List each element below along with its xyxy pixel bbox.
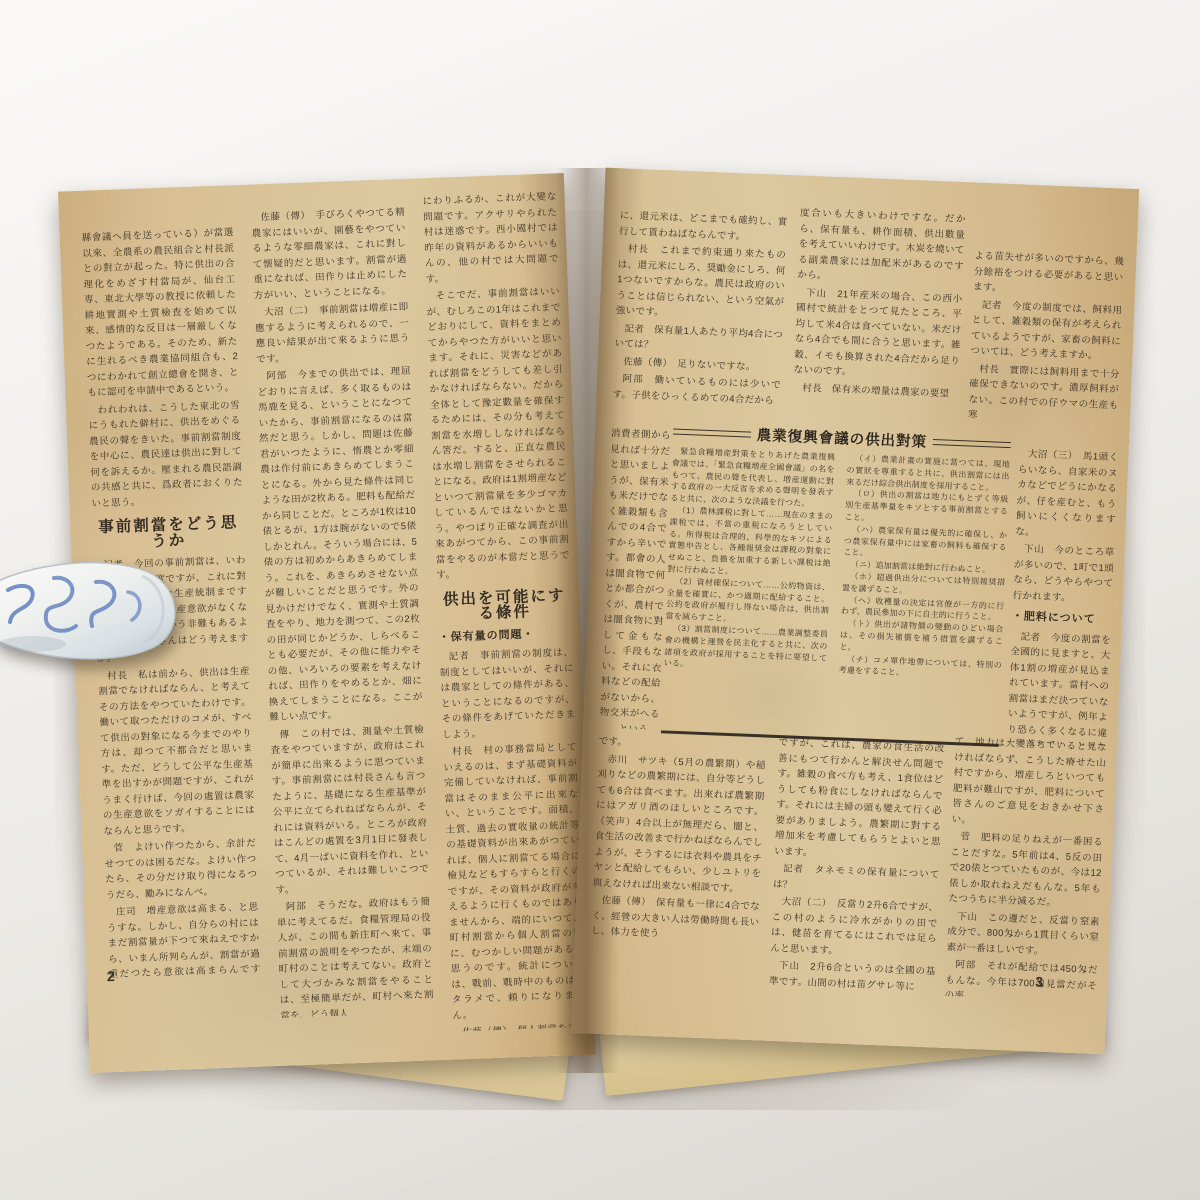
body-paragraph: 赤川 サツキ（5月の農繁期）や稲刈りなどの農繁期には、自分等どうしても6合は食べ…	[593, 751, 766, 897]
body-paragraph: にわりふるか、これが大變な問題です。アクサリやられた村は迷惑です。西小國村では昨…	[422, 189, 559, 287]
right-page-column-c-beside-box: 大沼（三） 馬1頭くらいなら、自家米のヌカなどでどうにかなるが、仔を産むと、もう…	[1007, 446, 1119, 746]
body-paragraph: 消費者側から見れば十分だと思いましようが、保有米も米だけでなく雑穀類も含んでの4…	[599, 426, 671, 730]
body-paragraph: 村長 私は前から、供出は生産割當でなければならん、と考えてその方法をやつていたわ…	[98, 663, 256, 839]
feature-box-right-column: （イ）農業計畫の實施に當つては、現地の實狀を尊重すると共に、供出割當には出來るだ…	[837, 453, 1011, 727]
body-paragraph: 大沼（二） 事前割當は増産に即應するように考えられるので、一應良い結果が出て來る…	[254, 300, 410, 368]
body-paragraph: （1）農林課税に對して……現在のままの課税では、不當の重税になろうとしている。所…	[667, 504, 833, 581]
body-paragraph: 記者 今度の割當を全國的に見ますと、大体1割の増産が見込まれています。當村への割…	[1007, 629, 1111, 746]
page-number-right: 3	[1035, 974, 1043, 990]
body-paragraph: 庄司 増産意欲は高まる、と思うすな。しかし、自分らの村にはまだ割當量が下つて來ね…	[106, 900, 261, 979]
body-paragraph: 記者 タネモミの保有量については？	[773, 861, 940, 899]
left-page-column-3: にわりふるか、これが大變な問題です。アクサリやられた村は迷惑です。西小國村では昨…	[422, 189, 587, 1031]
feature-box: 農業復興會議の供出對策 緊急食糧増産對策をとりあげた農業復興會議では、「緊急食糧…	[661, 421, 1011, 747]
body-paragraph: 阿部 働いているものには少いです。子供をひっくるめての4合だから	[612, 371, 781, 409]
body-paragraph: （3）割當制度について……農業調整委員會の機構と運營を民主化すると共に、次の諸項…	[663, 622, 828, 676]
body-paragraph: 佐藤（傳） 保有量も一律に4合でなく、經營の大きい人は勞働時間も長いし、体力を使…	[591, 893, 761, 946]
body-paragraph: そこでだ、事前割當はいいが、むしろこの1年はこれまでどおりにして、資料をまとめて…	[426, 284, 571, 583]
body-paragraph: 下山 21年産米の場合、この西小國村で統計をとつて見たところ、平均して米4合は食…	[793, 285, 963, 385]
body-paragraph: 阿部 今までの供出では、理屈どおりに言えば、多く取るものは馬鹿を見る、ということ…	[257, 364, 424, 726]
feature-box-rule-right	[933, 439, 1011, 448]
left-page-column-2: 佐藤（傳） 手びろくやつてる精農家にはいいが、園藝をやつているような零細農家は、…	[251, 205, 435, 1018]
body-paragraph: ですが、これは、農家の食生活の改善にもつて行かんと解決せん問題です。雑穀の食べ方…	[774, 735, 945, 866]
body-paragraph: 下山 2升6合というのは全國の基準です。山間の村は苗グサレ等に	[769, 958, 936, 994]
body-paragraph: 大沼（三） 馬1頭くらいなら、自家米のヌカなどでどうにかなるが、仔を産むと、もう…	[1015, 446, 1119, 543]
body-paragraph: 阿部 そうだな。政府はもう簡単に考えてるだ。食糧管理局の役人が、この間も新庄町へ…	[276, 894, 434, 1018]
body-paragraph: 記者 事前割當の制度は、制度としてはいいが、それには農家としての條件がある、とい…	[439, 645, 576, 743]
body-paragraph: 度合いも大きいわけですな。だから、保有量も、耕作面積、供出數量を考えていいわけで…	[797, 205, 966, 289]
porcelain-rest	[0, 546, 194, 672]
body-paragraph: 村長 これまで約束通り來たものは、還元米にしろ、奨勵金にしろ、何1つないですから…	[616, 241, 787, 325]
body-paragraph: 記者 保有量1人あたり平均4合については？	[614, 321, 783, 359]
right-page-column-c-top: よる苗失せが多いのですから、幾分餘裕をつける必要があると思います。記者 今度の制…	[967, 249, 1124, 441]
right-page-column-b-top: 度合いも大きいわけですな。だから、保有量も、耕作面積、供出數量を考えていいわけで…	[791, 205, 966, 437]
body-paragraph: 佐藤（傳） 手びろくやつてる精農家にはいいが、園藝をやつているような零細農家は、…	[251, 205, 408, 304]
section-heading: ・肥料について	[1012, 609, 1113, 629]
body-paragraph: （2）資材確保について……公約物資は、全量を確實に、かつ適期に配給すること。公約…	[665, 575, 830, 629]
right-page-column-c-bottom: て、地力は大變落ちていると見なければならず、こうした瘠せた山村ですから、増産しろ…	[945, 734, 1107, 1002]
right-page: に、還元米は、どこまでも確約し、實行して貰わねばならんです。村長 これまで約束通…	[571, 168, 1139, 1055]
body-paragraph: われわれは、こうした東北の雪にうもれた僻村に、供出をめぐる農民の聲をきいた。事前…	[88, 398, 244, 512]
body-paragraph: 下山 この邊だと、反當り窒素成分で、800匁から1貫目くらい窒素が一番ほしいです…	[946, 908, 1100, 961]
body-paragraph: て、地力は大變落ちていると見なければならず、こうした瘠せた山村ですから、増産しろ…	[951, 734, 1107, 833]
body-paragraph: 記者 今度の制度では、飼料用として、雑穀類の保有が考えられているようですが、家畜…	[970, 297, 1122, 365]
body-paragraph: よる苗失せが多いのですから、幾分餘裕をつける必要があると思います。	[973, 249, 1125, 301]
body-paragraph: 菅 よけい作つたから、余計だせつてのは困るだな。よけい作つたら、その分だけ取り得…	[104, 836, 258, 904]
body-paragraph: 下山 今のところ草が多いので、1町で1頭なら、どうやらやつて行かれます。	[1012, 541, 1114, 607]
body-paragraph: 阿部 それが配給では450匁だもんな。今年は700匁見當だがその率	[945, 957, 1098, 1002]
right-page-column-a-beside-box: 消費者側から見れば十分だと思いましようが、保有米も米だけでなく雑穀類も含んでの4…	[599, 426, 671, 730]
body-paragraph: に、還元米は、どこまでも確約し、實行して貰わねばならんです。	[619, 208, 788, 246]
body-paragraph: 傳 この村では、測量や土質檢査をやつていますが、政府はこれが簡単に出來るように思…	[270, 722, 430, 898]
body-paragraph: 菅 肥料の足りねえが一番困ることだすな。5年前は4、5反の田で20俵とつていたも…	[948, 829, 1103, 913]
body-paragraph: 村長 村の事務當局としていえるのは、まず基礎資料が完備していなければ、事前割當は…	[443, 740, 587, 1024]
right-page-column-a-top: に、還元米は、どこまでも確約し、實行して貰わねばならんです。村長 これまで約束通…	[611, 208, 787, 427]
right-page-column-a-bottom: です。赤川 サツキ（5月の農繁期）や稲刈りなどの農繁期には、自分等どうしても6合…	[589, 734, 766, 979]
body-paragraph: 村長 實際には飼料用まで十分確保できないのです。濃厚飼料がない。この村での仔ウマ…	[968, 361, 1120, 429]
feature-box-rule-left	[673, 428, 751, 437]
feature-box-left-column: 緊急食糧増産對策をとりあげた農業復興會議では、「緊急食糧増産全國會議」の名をもつ…	[662, 446, 836, 720]
right-page-column-b-bottom: ですが、これは、農家の食生活の改善にもつて行かんと解決せん問題です。雑穀の食べ方…	[769, 735, 945, 993]
section-heading: ・保有量の問題・	[438, 626, 572, 646]
body-paragraph: 大沼（二） 反當り2升6合ですが、この村のように冷水がかりの田では、健苗を育てる…	[770, 894, 938, 963]
page-number-left: 2	[107, 968, 115, 984]
body-paragraph: 緊急食糧増産對策をとりあげた農業復興會議では、「緊急食糧増産全國會議」の名をもつ…	[670, 446, 835, 511]
section-heading: 供出を可能にする條件	[437, 588, 572, 624]
body-paragraph: 縣會議へ員を送っている）が當選以來、全農系の農民組合と村長派との對立が起った。特…	[81, 225, 239, 401]
